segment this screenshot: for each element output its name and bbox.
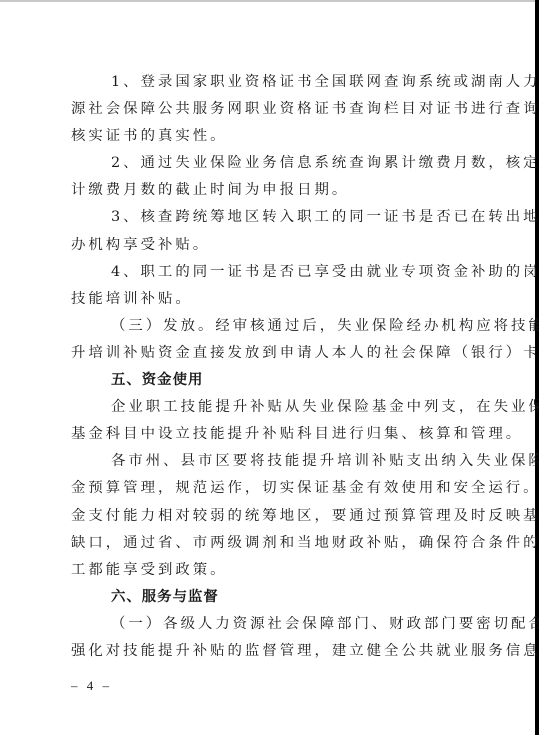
top-border	[0, 0, 535, 2]
fund-use-para-2-line-3: 金支付能力相对较弱的统筹地区，要通过预算管理及时反映基金	[71, 503, 483, 530]
item-2-line-1: 2、通过失业保险业务信息系统查询累计缴费月数，核定累	[71, 150, 483, 177]
fund-use-para-2-line-5: 工都能享受到政策。	[71, 557, 483, 584]
fund-use-para-1-line-2: 基金科目中设立技能提升补贴科目进行归集、核算和管理。	[71, 421, 483, 448]
page-number: – 4 –	[71, 678, 112, 694]
fund-use-para-1-line-1: 企业职工技能提升补贴从失业保险基金中列支，在失业保险	[71, 394, 483, 421]
item-4-line-2: 技能培训补贴。	[71, 286, 483, 313]
section-heading-fund-use: 五、资金使用	[71, 367, 483, 394]
item-3-line-1: 3、核查跨统筹地区转入职工的同一证书是否已在转出地经	[71, 204, 483, 231]
service-para-1-line-1: （一）各级人力资源社会保障部门、财政部门要密切配合，	[71, 611, 483, 638]
document-page: 1、登录国家职业资格证书全国联网查询系统或湖南人力资 源社会保障公共服务网职业资…	[71, 69, 483, 665]
section-heading-service-supervision: 六、服务与监督	[71, 584, 483, 611]
item-1-line-2: 源社会保障公共服务网职业资格证书查询栏目对证书进行查询，	[71, 96, 483, 123]
disbursement-line-2: 升培训补贴资金直接发放到申请人本人的社会保障（银行）卡。	[71, 340, 483, 367]
item-3-line-2: 办机构享受补贴。	[71, 232, 483, 259]
item-1-line-3: 核实证书的真实性。	[71, 123, 483, 150]
disbursement-line-1: （三）发放。经审核通过后，失业保险经办机构应将技能提	[71, 313, 483, 340]
fund-use-para-2-line-2: 金预算管理，规范运作，切实保证基金有效使用和安全运行。基	[71, 475, 483, 502]
fund-use-para-2-line-4: 缺口，通过省、市两级调剂和当地财政补贴，确保符合条件的职	[71, 530, 483, 557]
item-1-line-1: 1、登录国家职业资格证书全国联网查询系统或湖南人力资	[71, 69, 483, 96]
fund-use-para-2-line-1: 各市州、县市区要将技能提升培训补贴支出纳入失业保险基	[71, 448, 483, 475]
item-4-line-1: 4、职工的同一证书是否已享受由就业专项资金补助的岗位	[71, 259, 483, 286]
item-2-line-2: 计缴费月数的截止时间为申报日期。	[71, 177, 483, 204]
service-para-1-line-2: 强化对技能提升补贴的监督管理，建立健全公共就业服务信息平	[71, 638, 483, 665]
